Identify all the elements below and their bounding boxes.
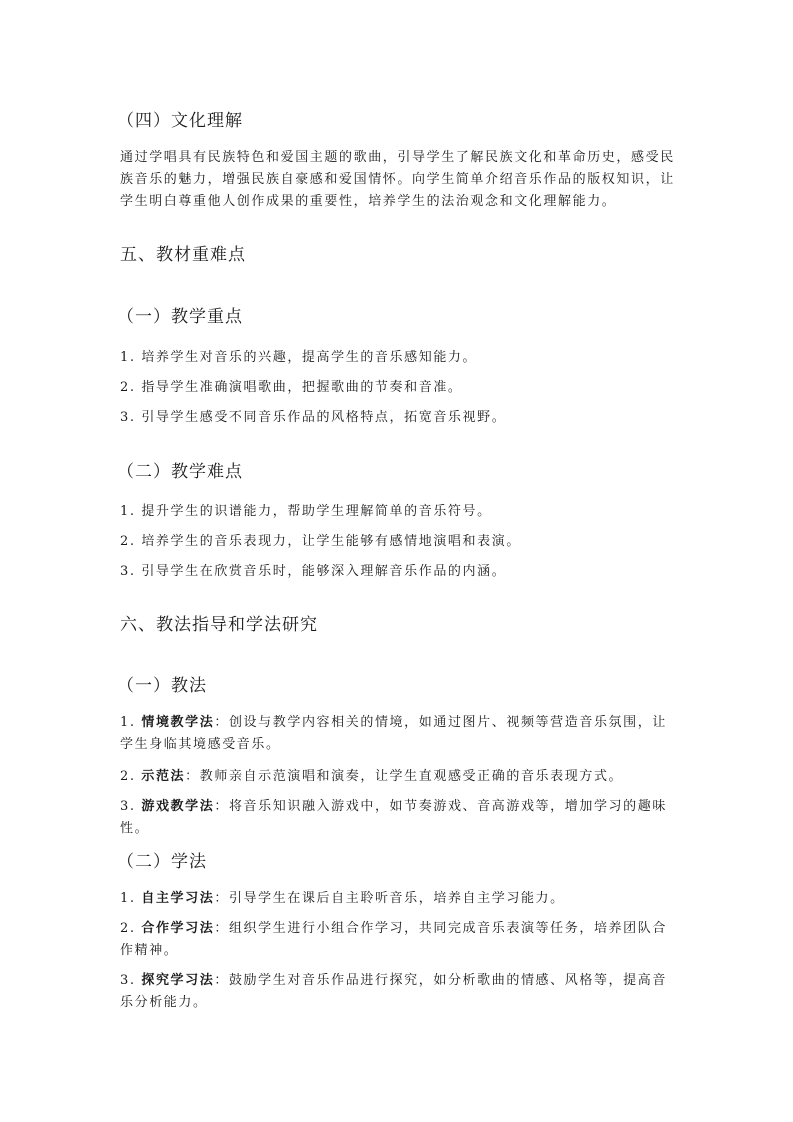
method-term: 示范法 bbox=[141, 769, 185, 784]
method-term: 自主学习法 bbox=[141, 891, 214, 906]
list-item: 2. 合作学习法：组织学生进行小组合作学习，共同完成音乐表演等任务，培养团队合作… bbox=[120, 918, 676, 962]
method-term: 探究学习法 bbox=[141, 973, 214, 988]
heading-learning-methods: （二）学法 bbox=[117, 847, 207, 872]
item-number: 1. bbox=[120, 891, 141, 906]
method-term: 游戏教学法 bbox=[141, 799, 214, 814]
heading-teaching-key-points: （一）教学重点 bbox=[117, 302, 243, 327]
item-number: 3. bbox=[120, 799, 141, 814]
heading-culture-understanding: （四）文化理解 bbox=[117, 106, 243, 131]
item-number: 2. bbox=[120, 769, 141, 784]
heading-teaching-methods-research: 六、教法指导和学法研究 bbox=[120, 610, 318, 635]
item-number: 3. bbox=[120, 973, 141, 988]
list-item: 1. 提升学生的识谱能力，帮助学生理解简单的音乐符号。 bbox=[120, 500, 492, 519]
list-item: 2. 指导学生准确演唱歌曲，把握歌曲的节奏和音准。 bbox=[120, 376, 463, 395]
list-item: 3. 探究学习法：鼓励学生对音乐作品进行探究，如分析歌曲的情感、风格等，提高音乐… bbox=[120, 970, 676, 1014]
item-number: 1. bbox=[120, 715, 141, 730]
list-item: 2. 培养学生的音乐表现力，让学生能够有感情地演唱和表演。 bbox=[120, 530, 521, 549]
method-description: ：引导学生在课后自主聆听音乐，培养自主学习能力。 bbox=[214, 891, 564, 906]
list-item: 1. 培养学生对音乐的兴趣，提高学生的音乐感知能力。 bbox=[120, 346, 477, 365]
heading-teaching-methods: （一）教法 bbox=[117, 671, 207, 696]
heading-teaching-difficulties: （二）教学难点 bbox=[117, 457, 243, 482]
heading-key-difficult-points: 五、教材重难点 bbox=[120, 240, 246, 265]
method-term: 合作学习法 bbox=[141, 921, 214, 936]
item-number: 2. bbox=[120, 921, 141, 936]
list-item: 3. 引导学生感受不同音乐作品的风格特点，拓宽音乐视野。 bbox=[120, 406, 506, 425]
list-item: 3. 引导学生在欣赏音乐时，能够深入理解音乐作品的内涵。 bbox=[120, 560, 506, 579]
list-item: 2. 示范法：教师亲自示范演唱和演奏，让学生直观感受正确的音乐表现方式。 bbox=[120, 766, 676, 788]
list-item: 3. 游戏教学法：将音乐知识融入游戏中，如节奏游戏、音高游戏等，增加学习的趣味性… bbox=[120, 796, 676, 840]
method-term: 情境教学法 bbox=[141, 715, 214, 730]
list-item: 1. 自主学习法：引导学生在课后自主聆听音乐，培养自主学习能力。 bbox=[120, 888, 676, 910]
method-description: ：教师亲自示范演唱和演奏，让学生直观感受正确的音乐表现方式。 bbox=[185, 769, 623, 784]
list-item: 1. 情境教学法：创设与教学内容相关的情境，如通过图片、视频等营造音乐氛围，让学… bbox=[120, 712, 676, 756]
paragraph-culture-understanding: 通过学唱具有民族特色和爱国主题的歌曲，引导学生了解民族文化和革命历史，感受民族音… bbox=[120, 147, 676, 213]
